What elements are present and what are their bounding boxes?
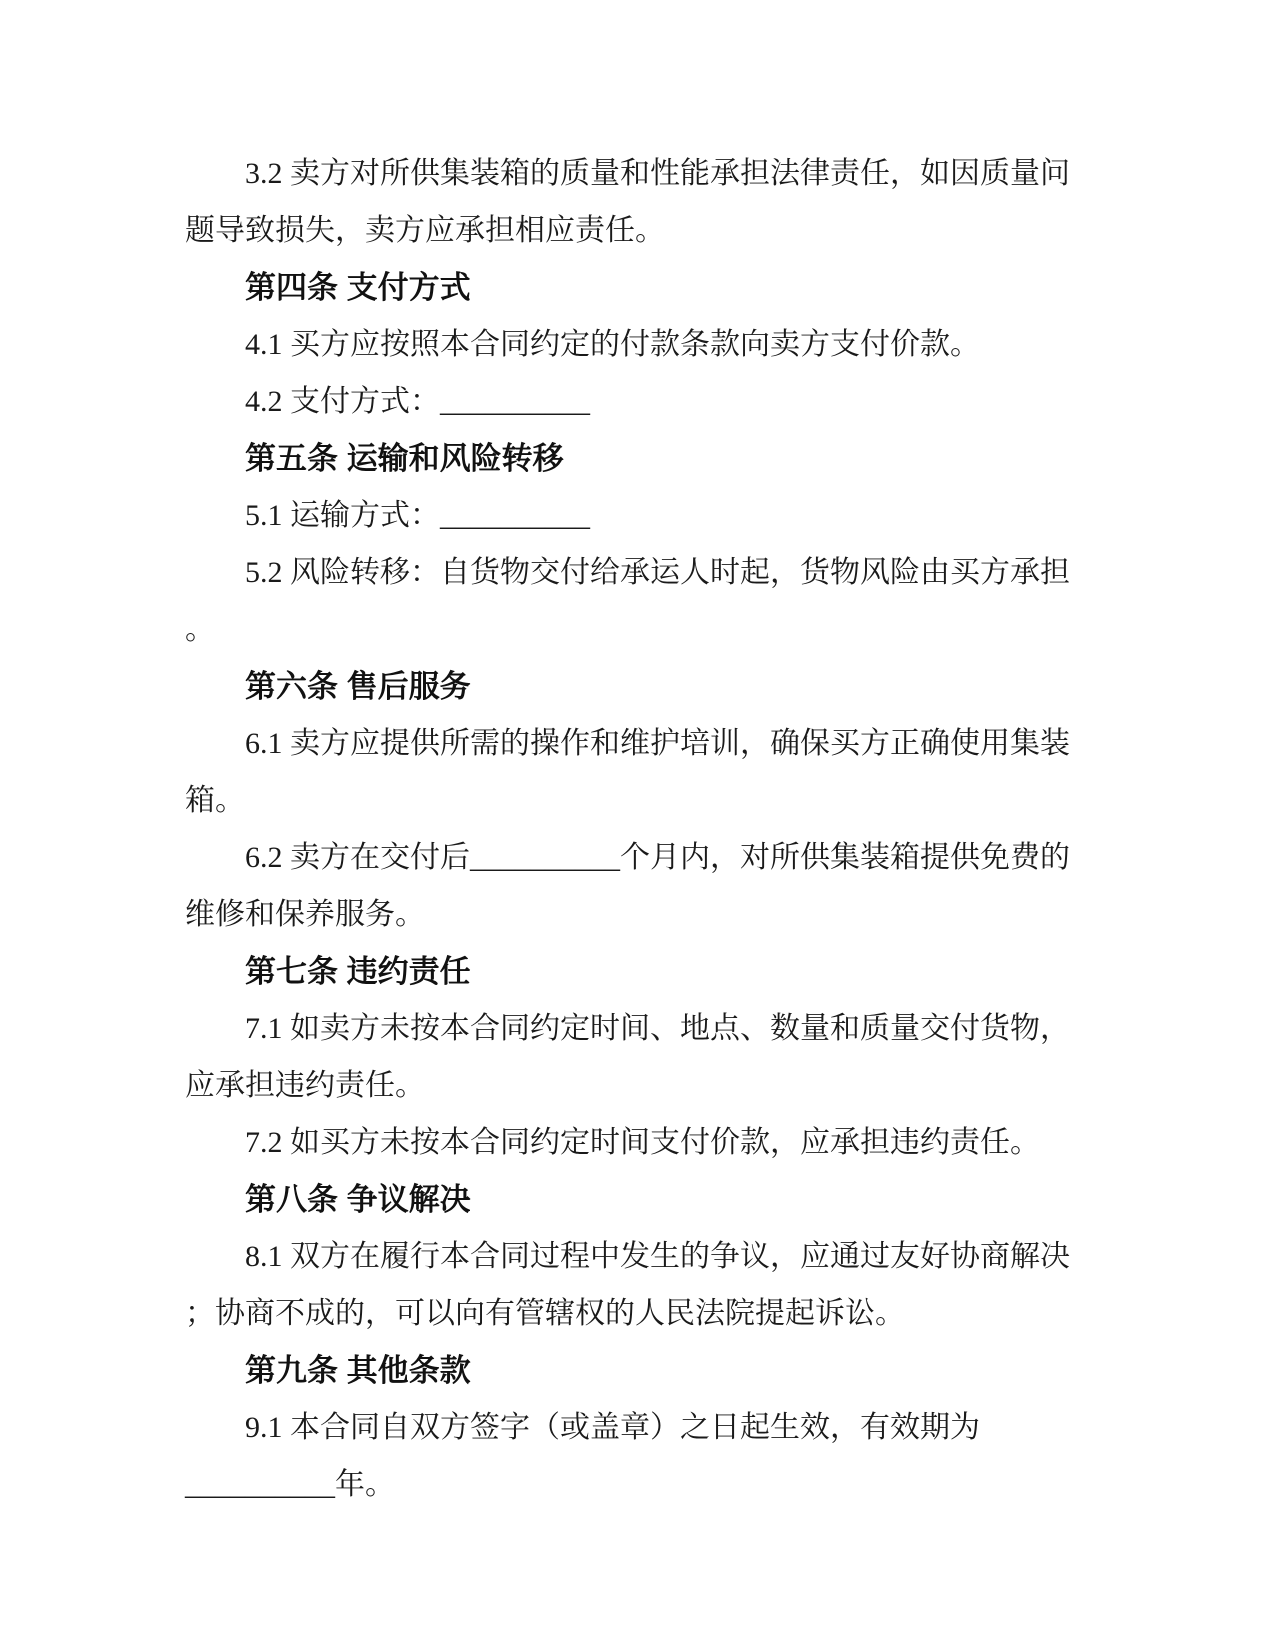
article-heading: 第六条 售后服务: [185, 658, 1095, 715]
paragraph-line: 3.2 卖方对所供集装箱的质量和性能承担法律责任，如因质量问: [185, 145, 1095, 202]
paragraph-line: 4.1 买方应按照本合同约定的付款条款向卖方支付价款。: [185, 316, 1095, 373]
article-heading: 第八条 争议解决: [185, 1171, 1095, 1228]
paragraph-line: 6.2 卖方在交付后__________个月内，对所供集装箱提供免费的: [185, 829, 1095, 886]
paragraph-line: 9.1 本合同自双方签字（或盖章）之日起生效，有效期为: [185, 1399, 1095, 1456]
contract-page: 3.2 卖方对所供集装箱的质量和性能承担法律责任，如因质量问题导致损失，卖方应承…: [0, 0, 1275, 1650]
paragraph-line: 8.1 双方在履行本合同过程中发生的争议，应通过友好协商解决: [185, 1228, 1095, 1285]
article-heading: 第四条 支付方式: [185, 259, 1095, 316]
document-body: 3.2 卖方对所供集装箱的质量和性能承担法律责任，如因质量问题导致损失，卖方应承…: [185, 145, 1095, 1513]
article-heading: 第五条 运输和风险转移: [185, 430, 1095, 487]
paragraph-line: 箱。: [185, 772, 1095, 829]
paragraph-line: ；协商不成的，可以向有管辖权的人民法院提起诉讼。: [185, 1285, 1095, 1342]
paragraph-line: 应承担违约责任。: [185, 1057, 1095, 1114]
paragraph-line: 题导致损失，卖方应承担相应责任。: [185, 202, 1095, 259]
article-heading: 第七条 违约责任: [185, 943, 1095, 1000]
article-heading: 第九条 其他条款: [185, 1342, 1095, 1399]
paragraph-line: __________年。: [185, 1456, 1095, 1513]
paragraph-line: 4.2 支付方式：__________: [185, 373, 1095, 430]
paragraph-line: 。: [185, 601, 1095, 658]
paragraph-line: 5.1 运输方式：__________: [185, 487, 1095, 544]
paragraph-line: 6.1 卖方应提供所需的操作和维护培训，确保买方正确使用集装: [185, 715, 1095, 772]
paragraph-line: 5.2 风险转移：自货物交付给承运人时起，货物风险由买方承担: [185, 544, 1095, 601]
paragraph-line: 7.1 如卖方未按本合同约定时间、地点、数量和质量交付货物，: [185, 1000, 1095, 1057]
paragraph-line: 7.2 如买方未按本合同约定时间支付价款，应承担违约责任。: [185, 1114, 1095, 1171]
paragraph-line: 维修和保养服务。: [185, 886, 1095, 943]
